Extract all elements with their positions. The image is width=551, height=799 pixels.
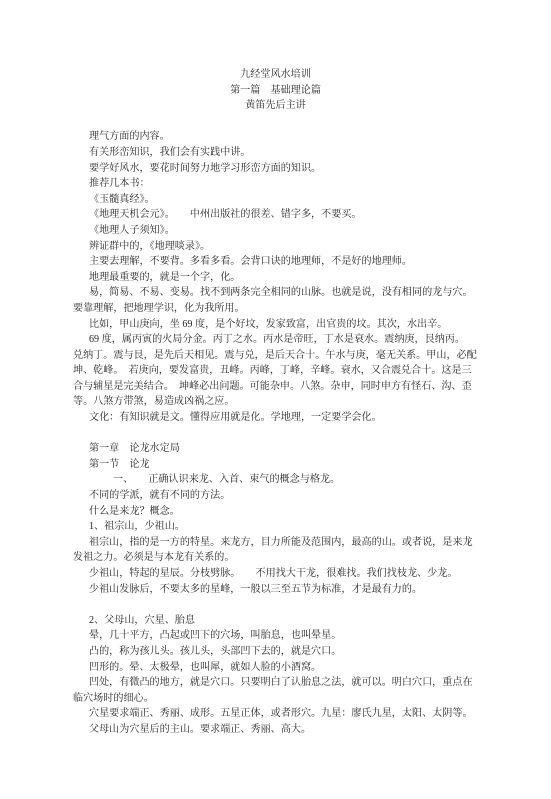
doc-title: 九经堂风水培训	[73, 67, 478, 83]
text-line: 地理最重要的，就是一个字，化。	[73, 270, 478, 286]
text-line: 第一节 论龙	[73, 457, 478, 473]
text-line: 不同的学派，就有不同的方法。	[73, 488, 478, 504]
text-line: 1、祖宗山，少祖山。	[73, 519, 478, 535]
text-line: 合与辅星是完美结合。 坤峰必出问题。可能杂申。八煞。杂申，同时申方有怪石、沟、歪	[73, 379, 478, 395]
text-line: 《地理天机会元》。 中州出版社的很差、错字多，不要买。	[73, 207, 478, 223]
text-line: 兑纳丁。震与艮，是先后天相见。震与兑，是后天合十。午水与庚，毫无关系。甲山，必配	[73, 348, 478, 364]
text-line: 《地理人子须知》。	[73, 223, 478, 239]
text-line: 第一章 论龙水定局	[73, 441, 478, 457]
text-line: 祖宗山，指的是一方的特星。来龙方，目力所能及范围内，最高的山。或者说，是来龙	[73, 535, 478, 551]
document-page: 九经堂风水培训 第一篇 基础理论篇 黄笛先后主讲 理气方面的内容。有关形峦知识，…	[0, 0, 551, 799]
text-line: 什么是来龙？概念。	[73, 504, 478, 520]
text-line: 等。八煞方带煞，易造成凶祸之应。	[73, 394, 478, 410]
blank-line	[73, 426, 478, 442]
doc-lecturer: 黄笛先后主讲	[73, 98, 478, 114]
blank-line	[73, 114, 478, 130]
text-line: 要靠理解，把地理学识，化为我所用。	[73, 301, 478, 317]
text-line: 临穴场时的细心。	[73, 691, 478, 707]
text-line: 2、父母山，穴星、胎息	[73, 613, 478, 629]
text-line: 凸的，称为孩儿头。孩儿头，头部凹下去的，就是穴口。	[73, 644, 478, 660]
text-line: 比如，甲山庚向，坐 69 度，是个好坟，发家致富，出官贵的坟。其次，水出辛。	[73, 317, 478, 333]
text-line: 推荐几本书：	[73, 176, 478, 192]
text-line: 父母山为穴星后的主山。要求端正、秀丽、高大。	[73, 722, 478, 738]
text-line: 主要去理解，不要背。多看多看。会背口诀的地理师，不是好的地理师。	[73, 254, 478, 270]
text-line: 易，简易、不易、变易。找不到两条完全相同的山脉。也就是说，没有相同的龙与穴。	[73, 285, 478, 301]
text-line: 文化：有知识就是文。懂得应用就是化。学地理，一定要学会化。	[73, 410, 478, 426]
text-line: 69 度，属丙寅的火局分金。丙丁之水。丙水是帝旺，丁水是衰水。震纳庚，艮纳丙。	[73, 332, 478, 348]
text-line: 凹形的。晕、太极晕，也叫犀，就如人脸的小酒窝。	[73, 660, 478, 676]
doc-body: 理气方面的内容。有关形峦知识，我们会有实践中讲。要学好风水，要花时间努力地学习形…	[73, 129, 478, 737]
text-line: 辨证群中的，《地理啖录》。	[73, 239, 478, 255]
text-line: 要学好风水，要花时间努力地学习形峦方面的知识。	[73, 161, 478, 177]
text-line: 凹处，有微凸的地方，就是穴口。只要明白了认胎息之法，就可以。明白穴口，重点在	[73, 675, 478, 691]
blank-line	[73, 597, 478, 613]
text-line: 少祖山，特起的星辰。分枝劈脉。 不用找大干龙，很难找。我们找枝龙、少龙。	[73, 566, 478, 582]
text-line: 一、 正确认识来龙、入首、束气的概念与格龙。	[73, 472, 478, 488]
text-line: 坤、乾峰。 若庚向，要发富贵，丑峰。丙峰，丁峰，辛峰。衰水，又合震兑合十。这是三	[73, 363, 478, 379]
text-line: 发祖之力。必须是与本龙有关系的。	[73, 550, 478, 566]
text-line: 穴星要求端正、秀丽、成形。五星正体，或者形穴。九星：廖氏九星，太阳、太阴等。	[73, 706, 478, 722]
text-line: 《玉髓真经》。	[73, 192, 478, 208]
text-line: 少祖山发脉后，不要太多的星峰，一般以三至五节为标准，才是最有力的。	[73, 582, 478, 598]
text-line: 有关形峦知识，我们会有实践中讲。	[73, 145, 478, 161]
doc-subtitle: 第一篇 基础理论篇	[73, 83, 478, 99]
text-line: 理气方面的内容。	[73, 129, 478, 145]
text-line: 晕，几十平方，凸起或凹下的穴场，叫胎息，也叫晕星。	[73, 628, 478, 644]
